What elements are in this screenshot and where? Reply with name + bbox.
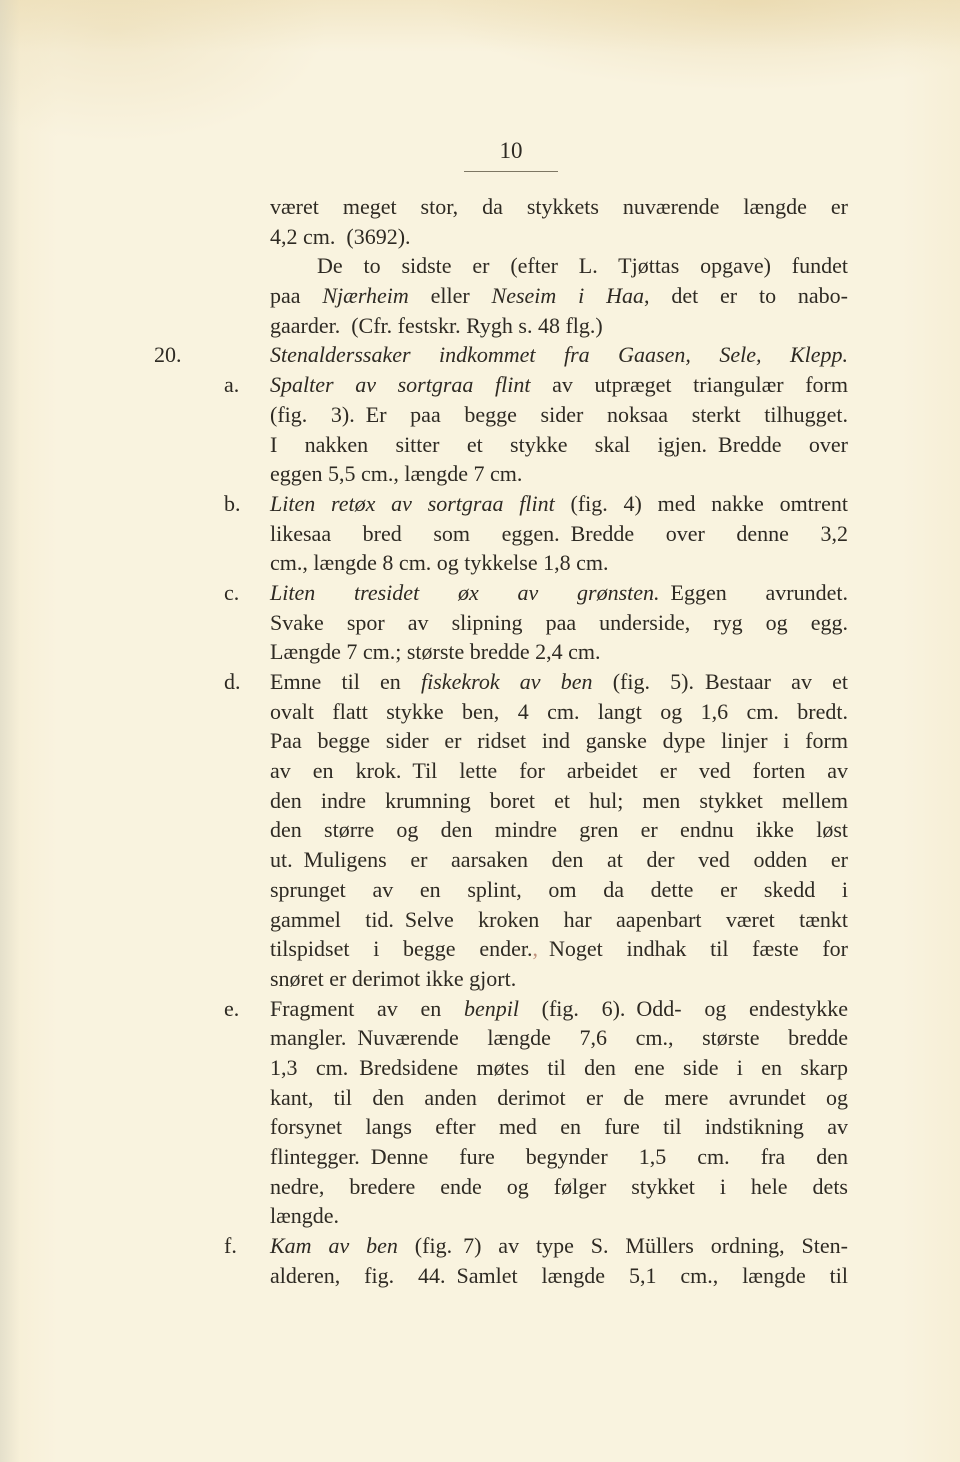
text-segment: alderen, fig. 44. Samlet længde 5,1 cm.,… [270, 1263, 848, 1288]
text-segment: flintegger. Denne fure begynder 1,5 cm. … [270, 1144, 848, 1169]
italic-text-segment: Kam av ben [270, 1233, 398, 1258]
text-segment: (fig. 6). Odd- og endestykke [519, 996, 848, 1021]
text-line: 1,3 cm. Bredsidene møtes til den ene sid… [270, 1053, 848, 1083]
text-segment: paa [270, 283, 322, 308]
text-line: 4,2 cm. (3692). [270, 222, 848, 252]
text-segment: ut. Muligens er aarsaken den at der ved … [270, 847, 848, 872]
text-segment: 4,2 cm. (3692). [270, 224, 411, 249]
italic-text-segment: Spalter av sortgraa flint [270, 372, 530, 397]
text-line: den større og den mindre gren er endnu i… [270, 815, 848, 845]
item-e-letter: e. [224, 994, 239, 1024]
text-segment: I nakken sitter et stykke skal igjen. Br… [270, 432, 848, 457]
text-line: den indre krumning boret et hul; men sty… [270, 786, 848, 816]
text-segment: nedre, bredere ende og følger stykket i … [270, 1174, 848, 1199]
text-segment: sprunget av en splint, om da dette er sk… [270, 877, 848, 902]
text-line: længde. [270, 1201, 848, 1231]
text-line: ovalt flatt stykke ben, 4 cm. langt og 1… [270, 697, 848, 727]
text-line: paa Njærheim eller Neseim i Haa, det er … [270, 281, 848, 311]
text-segment: forsynet langs efter med en fure til ind… [270, 1114, 848, 1139]
text-line: f.Kam av ben (fig. 7) av type S. Müllers… [270, 1231, 848, 1261]
text-segment: gammel tid. Selve kroken har aapenbart v… [270, 907, 848, 932]
italic-text-segment: Liten tresidet øx av grønsten. [270, 580, 660, 605]
text-segment: snøret er derimot ikke gjort. [270, 966, 516, 991]
text-segment: kant, til den anden derimot er de mere a… [270, 1085, 848, 1110]
text-line: av en krok. Til lette for arbeidet er ve… [270, 756, 848, 786]
text-line: nedre, bredere ende og følger stykket i … [270, 1172, 848, 1202]
item-a-letter: a. [224, 370, 239, 400]
text-segment: De to sidste er (efter L. Tjøttas opgave… [317, 253, 848, 278]
item-b-letter: b. [224, 489, 241, 519]
text-line: eggen 5,5 cm., længde 7 cm. [270, 459, 848, 489]
text-line: sprunget av en splint, om da dette er sk… [270, 875, 848, 905]
text-line: snøret er derimot ikke gjort. [270, 964, 848, 994]
text-line: cm., længde 8 cm. og tykkelse 1,8 cm. [270, 548, 848, 578]
text-segment: Emne til en [270, 669, 421, 694]
item-c-letter: c. [224, 578, 239, 608]
text-segment: Noget indhak til fæste for [538, 936, 848, 961]
text-segment: 1,3 cm. Bredsidene møtes til den ene sid… [270, 1055, 848, 1080]
scanned-document-page: 10 været meget stor, da stykkets nuværen… [0, 0, 960, 1462]
text-segment: cm., længde 8 cm. og tykkelse 1,8 cm. [270, 550, 609, 575]
text-line: 20.Stenalderssaker indkommet fra Gaasen,… [270, 340, 848, 370]
text-line: Paa begge sider er ridset ind ganske dyp… [270, 726, 848, 756]
text-line: mangler. Nuværende længde 7,6 cm., størs… [270, 1023, 848, 1053]
text-line: gammel tid. Selve kroken har aapenbart v… [270, 905, 848, 935]
text-line: a.Spalter av sortgraa flint av utpræget … [270, 370, 848, 400]
text-segment: den større og den mindre gren er endnu i… [270, 817, 848, 842]
text-segment: tilspidset i begge ender. [270, 936, 532, 961]
text-line: tilspidset i begge ender., Noget indhak … [270, 934, 848, 964]
italic-text-segment: Njærheim [322, 283, 408, 308]
text-segment: (fig. 5). Bestaar av et [593, 669, 848, 694]
italic-text-segment: benpil [464, 996, 519, 1021]
italic-text-segment: Stenalderssaker indkommet fra Gaasen, Se… [270, 342, 848, 367]
italic-text-segment: fiskekrok av ben [421, 669, 593, 694]
text-segment: den indre krumning boret et hul; men sty… [270, 788, 848, 813]
page-number-text: 10 [500, 138, 523, 163]
text-segment: mangler. Nuværende længde 7,6 cm., størs… [270, 1025, 848, 1050]
text-segment: Længde 7 cm.; største bredde 2,4 cm. [270, 639, 601, 664]
text-line: De to sidste er (efter L. Tjøttas opgave… [270, 251, 848, 281]
text-line: ut. Muligens er aarsaken den at der ved … [270, 845, 848, 875]
text-segment: eggen 5,5 cm., længde 7 cm. [270, 461, 522, 486]
italic-text-segment: Neseim i Haa [492, 283, 644, 308]
text-segment: , det er to nabo- [644, 283, 848, 308]
text-line: I nakken sitter et stykke skal igjen. Br… [270, 430, 848, 460]
text-line: Svake spor av slipning paa underside, ry… [270, 608, 848, 638]
text-line: d.Emne til en fiskekrok av ben (fig. 5).… [270, 667, 848, 697]
text-segment: av en krok. Til lette for arbeidet er ve… [270, 758, 848, 783]
text-segment: Fragment av en [270, 996, 464, 1021]
text-segment: av utpræget triangulær form [530, 372, 848, 397]
text-segment: (fig. 3). Er paa begge sider noksaa ster… [270, 402, 848, 427]
text-segment: Eggen avrundet. [660, 580, 848, 605]
text-line: e.Fragment av en benpil (fig. 6). Odd- o… [270, 994, 848, 1024]
text-segment: Paa begge sider er ridset ind ganske dyp… [270, 728, 848, 753]
text-line: c.Liten tresidet øx av grønsten. Eggen a… [270, 578, 848, 608]
text-segment: Svake spor av slipning paa underside, ry… [270, 610, 848, 635]
text-line: flintegger. Denne fure begynder 1,5 cm. … [270, 1142, 848, 1172]
text-segment: været meget stor, da stykkets nuværende … [270, 194, 848, 219]
text-column: været meget stor, da stykkets nuværende … [270, 192, 848, 1290]
text-line: gaarder. (Cfr. festskr. Rygh s. 48 flg.) [270, 311, 848, 341]
text-line: forsynet langs efter med en fure til ind… [270, 1112, 848, 1142]
text-line: alderen, fig. 44. Samlet længde 5,1 cm.,… [270, 1261, 848, 1291]
text-line: kant, til den anden derimot er de mere a… [270, 1083, 848, 1113]
text-segment: længde. [270, 1203, 339, 1228]
text-segment: ovalt flatt stykke ben, 4 cm. langt og 1… [270, 699, 848, 724]
text-line: Længde 7 cm.; største bredde 2,4 cm. [270, 637, 848, 667]
text-line: likesaa bred som eggen. Bredde over denn… [270, 519, 848, 549]
text-segment: likesaa bred som eggen. Bredde over denn… [270, 521, 848, 546]
page-number: 10 [464, 137, 558, 172]
item-d-letter: d. [224, 667, 241, 697]
text-segment: gaarder. (Cfr. festskr. Rygh s. 48 flg.) [270, 313, 603, 338]
text-line: b.Liten retøx av sortgraa flint (fig. 4)… [270, 489, 848, 519]
item-f-letter: f. [224, 1231, 237, 1261]
item-20-number: 20. [154, 340, 182, 370]
italic-text-segment: Liten retøx av sortgraa flint [270, 491, 555, 516]
text-segment: (fig. 4) med nakke omtrent [555, 491, 848, 516]
text-line: været meget stor, da stykkets nuværende … [270, 192, 848, 222]
text-line: (fig. 3). Er paa begge sider noksaa ster… [270, 400, 848, 430]
text-segment: (fig. 7) av type S. Müllers ordning, Ste… [398, 1233, 848, 1258]
text-segment: eller [409, 283, 492, 308]
